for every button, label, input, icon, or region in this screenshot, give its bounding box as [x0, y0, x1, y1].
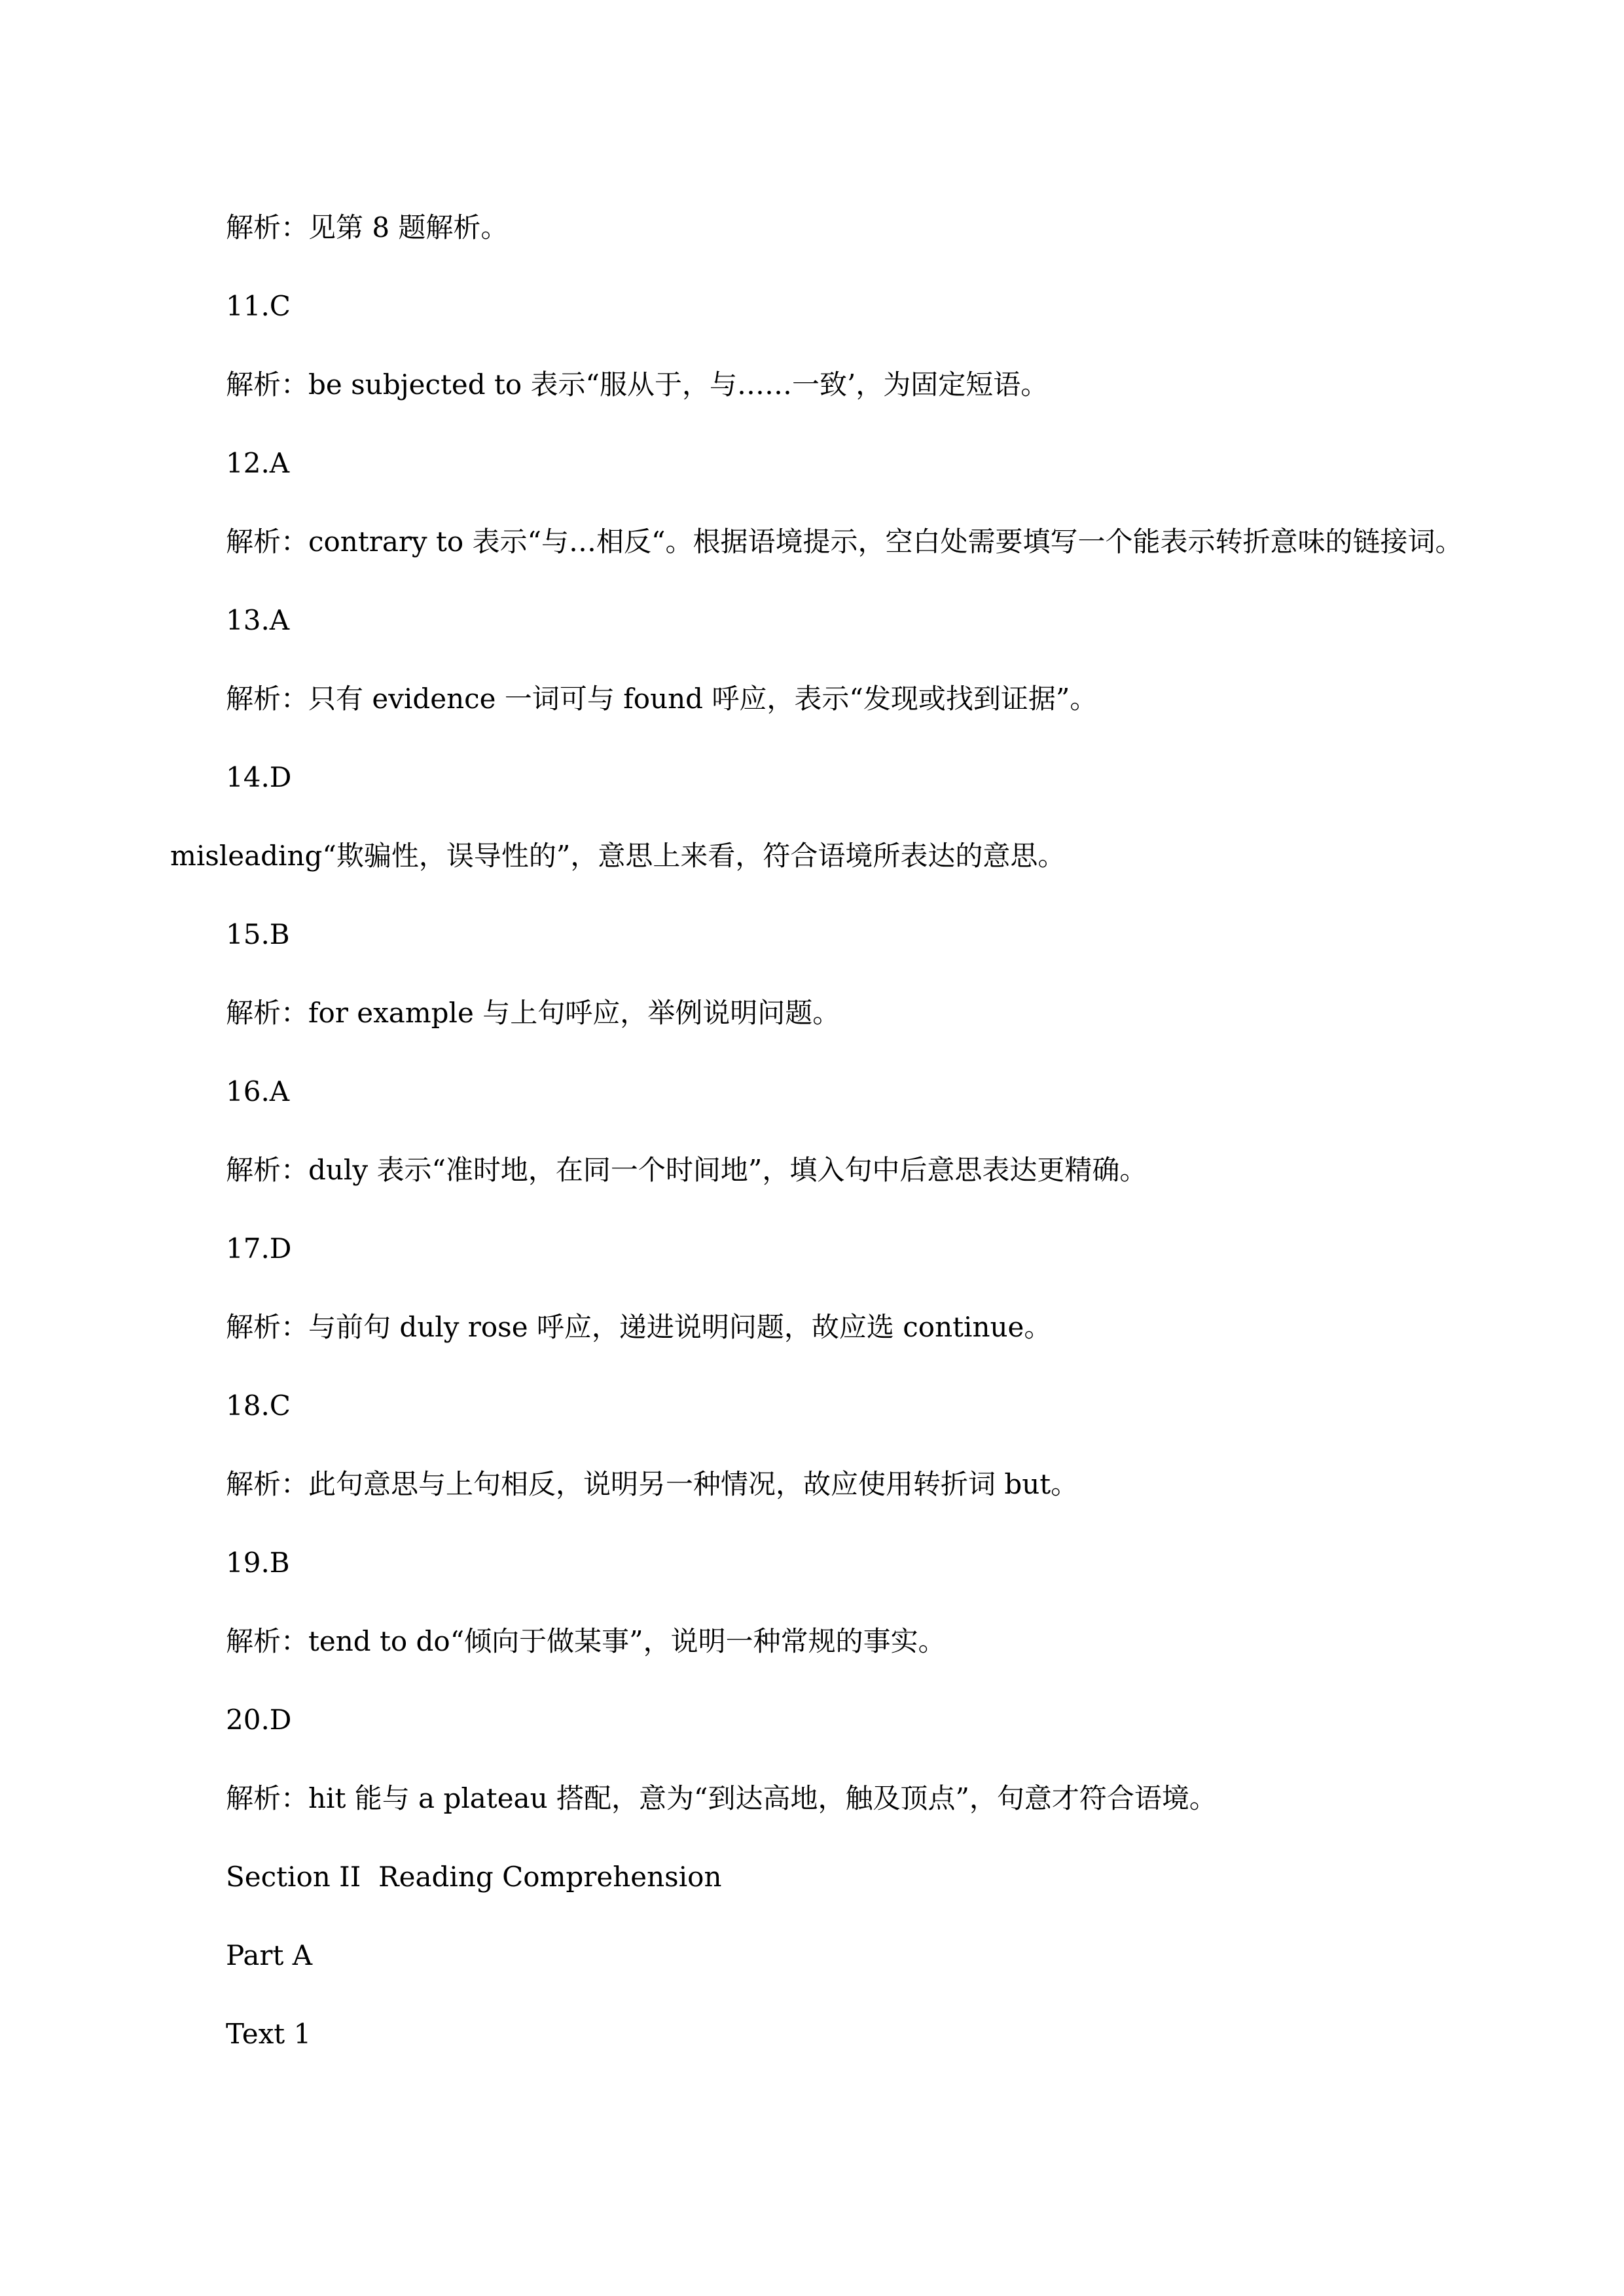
answer-q19: 19.B — [170, 1543, 1466, 1583]
analysis-q18: 解析：此句意思与上句相反，说明另一种情况，故应使用转折词 but。 — [170, 1465, 1466, 1504]
answer-q16: 16.A — [170, 1072, 1466, 1111]
answer-q20: 20.D — [170, 1700, 1466, 1740]
analysis-q16: 解析：duly 表示“准时地，在同一个时间地”，填入句中后意思表达更精确。 — [170, 1151, 1466, 1190]
answer-q15: 15.B — [170, 915, 1466, 954]
text-heading: Text 1 — [170, 2015, 1466, 2054]
analysis-q11: 解析：be subjected to 表示“服从于，与……一致’，为固定短语。 — [170, 365, 1466, 404]
analysis-q10: 解析：见第 8 题解析。 — [170, 208, 1466, 247]
document-page: 解析：见第 8 题解析。 11.C 解析：be subjected to 表示“… — [0, 0, 1624, 2296]
analysis-q17: 解析：与前句 duly rose 呼应，递进说明问题，故应选 continue。 — [170, 1308, 1466, 1347]
analysis-q19: 解析：tend to do“倾向于做某事”，说明一种常规的事实。 — [170, 1622, 1466, 1661]
answer-q17: 17.D — [170, 1229, 1466, 1268]
analysis-q13: 解析：只有 evidence 一词可与 found 呼应，表示“发现或找到证据”… — [170, 679, 1466, 719]
analysis-q15: 解析：for example 与上句呼应，举例说明问题。 — [170, 994, 1466, 1033]
section-heading: Section II Reading Comprehension — [170, 1857, 1466, 1897]
answer-q18: 18.C — [170, 1386, 1466, 1426]
answer-q13: 13.A — [170, 601, 1466, 640]
answer-q12: 12.A — [170, 444, 1466, 483]
document-body: 解析：见第 8 题解析。 11.C 解析：be subjected to 表示“… — [170, 208, 1466, 2093]
answer-q14: 14.D — [170, 758, 1466, 797]
analysis-q14: misleading“欺骗性，误导性的”，意思上来看，符合语境所表达的意思。 — [170, 836, 1466, 876]
part-heading: Part A — [170, 1936, 1466, 1975]
analysis-q12: 解析：contrary to 表示“与…相反“。根据语境提示，空白处需要填写一个… — [170, 522, 1466, 562]
answer-q11: 11.C — [170, 287, 1466, 326]
analysis-q20: 解析：hit 能与 a plateau 搭配，意为“到达高地，触及顶点”，句意才… — [170, 1779, 1466, 1818]
